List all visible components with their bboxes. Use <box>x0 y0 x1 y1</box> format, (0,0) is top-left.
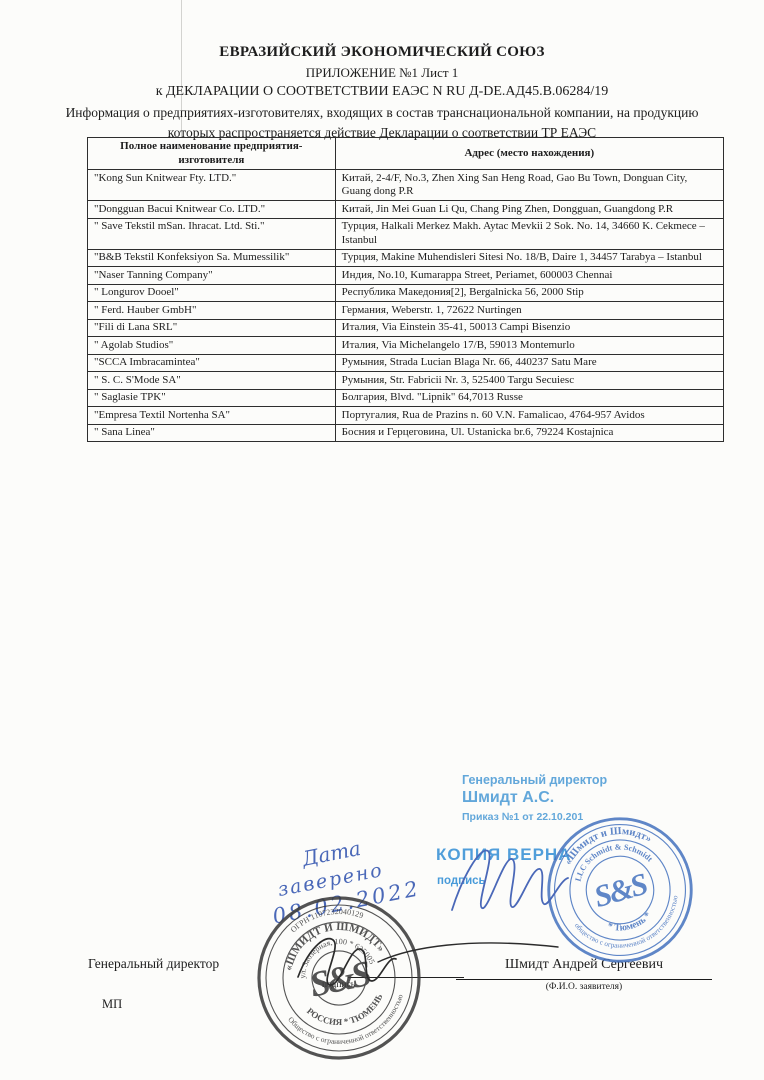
company-name-cell: "Dongguan Bacui Knitwear Co. LTD." <box>88 201 336 219</box>
blue-office-stamp: Генеральный директор Шмидт А.С. Приказ №… <box>462 773 607 823</box>
company-name-cell: "B&B Tekstil Konfeksiyon Sa. Mumessilik" <box>88 249 336 267</box>
company-name-cell: " Agolab Studios" <box>88 337 336 355</box>
company-name-cell: " Save Tekstil mSan. Ihracat. Ltd. Sti." <box>88 218 336 249</box>
address-cell: Республика Македония[2], Bergalnicka 56,… <box>335 284 723 302</box>
manufacturers-table: Полное наименование предприятия-изготови… <box>87 137 724 442</box>
table-row: " Sana Linea"Босния и Герцеговина, Ul. U… <box>88 424 724 442</box>
table-header-row: Полное наименование предприятия-изготови… <box>88 138 724 170</box>
address-cell: Босния и Герцеговина, Ul. Ustanicka br.6… <box>335 424 723 442</box>
address-cell: Болгария, Blvd. "Lipnik" 64,7013 Russe <box>335 389 723 407</box>
address-cell: Индия, No.10, Kumarappa Street, Periamet… <box>335 267 723 285</box>
director-title: Генеральный директор <box>88 956 219 972</box>
union-title: ЕВРАЗИЙСКИЙ ЭКОНОМИЧЕСКИЙ СОЮЗ <box>0 44 764 61</box>
declaration-number-line: к ДЕКЛАРАЦИИ О СООТВЕТСТВИИ ЕАЭС N RU Д-… <box>0 84 764 100</box>
company-name-cell: " Longurov Dooel" <box>88 284 336 302</box>
applicant-caption: (Ф.И.О. заявителя) <box>456 982 712 992</box>
company-name-cell: "Fili di Lana SRL" <box>88 319 336 337</box>
seal-monogram: S&S <box>590 867 651 914</box>
table-row: "Kong Sun Knitwear Fty. LTD."Китай, 2-4/… <box>88 170 724 201</box>
stamp-name-line: Шмидт А.С. <box>462 789 607 807</box>
company-seal-black: ОГРН 1107232040129 Общество с ограниченн… <box>239 878 438 1077</box>
company-name-cell: " Ferd. Hauber GmbH" <box>88 302 336 320</box>
table-row: "SCCA Imbracamintea"Румыния, Strada Luci… <box>88 354 724 372</box>
company-name-cell: "Kong Sun Knitwear Fty. LTD." <box>88 170 336 201</box>
company-name-cell: " S. C. S'Mode SA" <box>88 372 336 390</box>
table-row: "B&B Tekstil Konfeksiyon Sa. Mumessilik"… <box>88 249 724 267</box>
company-name-cell: "Empresa Textil Nortenha SA" <box>88 407 336 425</box>
appendix-line: ПРИЛОЖЕНИЕ №1 Лист 1 <box>0 65 764 81</box>
address-cell: Германия, Weberstr. 1, 72622 Nurtingen <box>335 302 723 320</box>
company-name-cell: " Sana Linea" <box>88 424 336 442</box>
table-row: " Saglasie TPK"Болгария, Blvd. "Lipnik" … <box>88 389 724 407</box>
table-row: " Save Tekstil mSan. Ihracat. Ltd. Sti."… <box>88 218 724 249</box>
address-cell: Турция, Halkali Merkez Makh. Aytac Mevki… <box>335 218 723 249</box>
column-header-address: Адрес (место нахождения) <box>335 138 723 170</box>
address-cell: Китай, Jin Mei Guan Li Qu, Chang Ping Zh… <box>335 201 723 219</box>
address-cell: Португалия, Rua de Prazins n. 60 V.N. Fa… <box>335 407 723 425</box>
mp-seal-label: МП <box>102 997 122 1012</box>
company-name-cell: "SCCA Imbracamintea" <box>88 354 336 372</box>
company-name-cell: "Naser Tanning Company" <box>88 267 336 285</box>
address-cell: Китай, 2-4/F, No.3, Zhen Xing San Heng R… <box>335 170 723 201</box>
table-row: "Empresa Textil Nortenha SA"Португалия, … <box>88 407 724 425</box>
address-cell: Турция, Makine Muhendisleri Sitesi No. 1… <box>335 249 723 267</box>
address-cell: Румыния, Str. Fabricii Nr. 3, 525400 Tar… <box>335 372 723 390</box>
address-cell: Италия, Via Michelangelo 17/B, 59013 Mon… <box>335 337 723 355</box>
company-name-cell: " Saglasie TPK" <box>88 389 336 407</box>
table-row: " Longurov Dooel"Республика Македония[2]… <box>88 284 724 302</box>
table-row: "Fili di Lana SRL"Италия, Via Einstein 3… <box>88 319 724 337</box>
declaration-appendix-page: ЕВРАЗИЙСКИЙ ЭКОНОМИЧЕСКИЙ СОЮЗ ПРИЛОЖЕНИ… <box>0 0 764 1080</box>
address-cell: Италия, Via Einstein 35-41, 50013 Campi … <box>335 319 723 337</box>
table-row: " Ferd. Hauber GmbH"Германия, Weberstr. … <box>88 302 724 320</box>
document-header: ЕВРАЗИЙСКИЙ ЭКОНОМИЧЕСКИЙ СОЮЗ ПРИЛОЖЕНИ… <box>0 44 764 144</box>
seal-monogram: S&S <box>306 953 374 1005</box>
table-row: " Agolab Studios"Италия, Via Michelangel… <box>88 337 724 355</box>
column-header-name: Полное наименование предприятия-изготови… <box>88 138 336 170</box>
stamp-director-line: Генеральный директор <box>462 773 607 787</box>
address-cell: Румыния, Strada Lucian Blaga Nr. 66, 440… <box>335 354 723 372</box>
table-row: "Naser Tanning Company"Индия, No.10, Kum… <box>88 267 724 285</box>
table-row: " S. C. S'Mode SA"Румыния, Str. Fabricii… <box>88 372 724 390</box>
table-row: "Dongguan Bacui Knitwear Co. LTD."Китай,… <box>88 201 724 219</box>
